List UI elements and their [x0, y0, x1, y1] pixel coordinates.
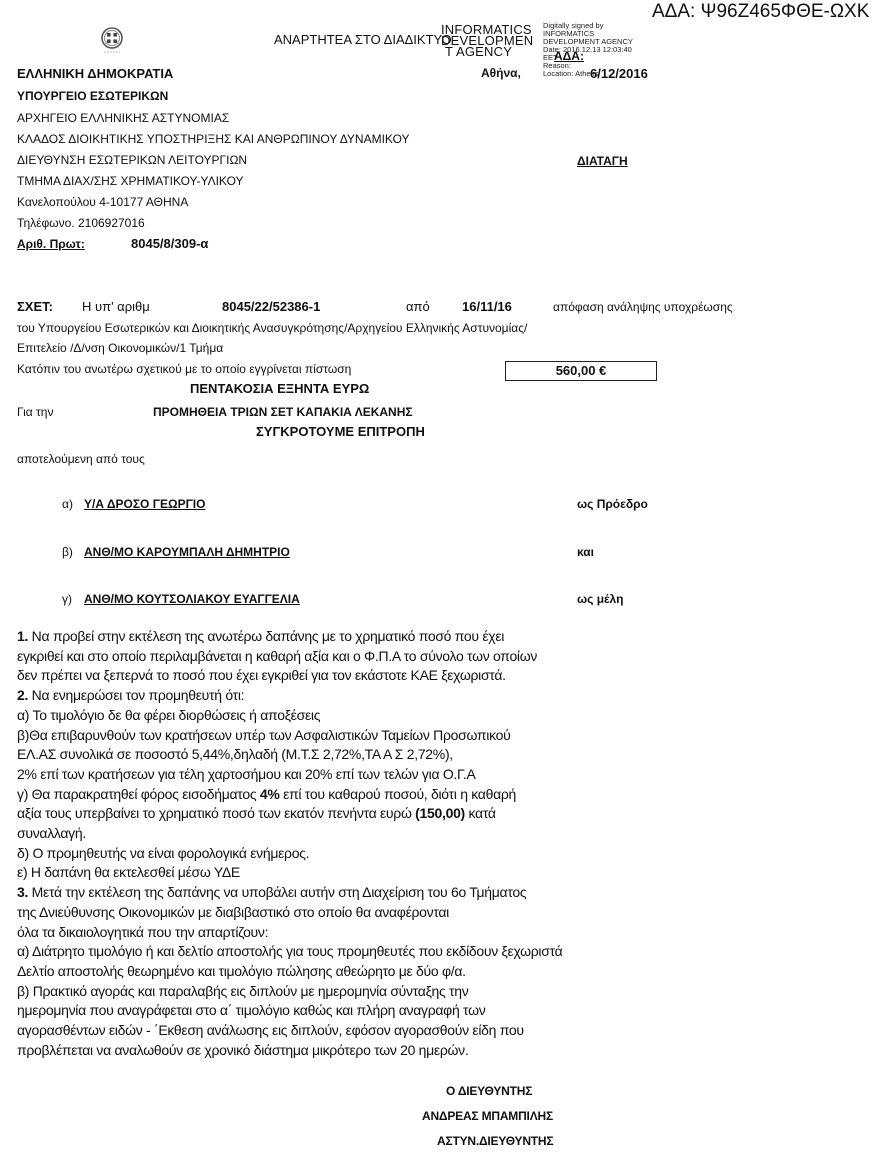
paragraph-3-line: της Δνιεύθυνσης Οικονομικών με διαβιβαστ… [17, 903, 562, 923]
paragraph-text: Να ενημερώσει τον προμηθευτή ότι: [28, 687, 244, 703]
tax-rate: 4% [260, 786, 280, 802]
paragraph-text: Μετά την εκτέλεση της δαπάνης να υποβάλε… [28, 884, 526, 900]
header-line: ΔΙΕΥΘΥΝΣΗ ΕΣΩΤΕΡΙΚΩΝ ΛΕΙΤΟΥΡΓΙΩΝ [17, 153, 247, 167]
paragraph-3-line: ημερομηνία που αναγράφεται στο α΄ τιμολό… [17, 1001, 562, 1021]
post-notice: ΑΝΑΡΤΗΤΕΑ ΣΤΟ ΔΙΑΔΙΚΤΥΟ [274, 32, 452, 47]
signoff-name: ΑΝΔΡΕΑΣ ΜΠΑΜΠΙΛΗΣ [422, 1109, 553, 1123]
paragraph-2-line: ΕΛ.ΑΣ συνολικά σε ποσοστό 5,44%,δηλαδή (… [17, 745, 562, 765]
paragraph-2-line: αξία τους υπερβαίνει το χρηματικό ποσό τ… [17, 804, 562, 824]
paragraph-3-line: προβλέπεται να αναλωθούν σε χρονικό διάσ… [17, 1041, 562, 1061]
amount-box: 560,00 € [505, 361, 657, 381]
member-letter: α) [62, 497, 73, 511]
place: Αθήνα, [481, 66, 521, 80]
paragraph-1-line: 1. Να προβεί στην εκτέλεση της ανωτέρω δ… [17, 627, 562, 647]
reference-label: ΣΧΕΤ: [17, 299, 53, 314]
purpose-label: Για την [17, 405, 53, 419]
committee-heading: ΣΥΓΚΡΟΤΟΥΜΕ ΕΠΙΤΡΟΠΗ [256, 424, 425, 439]
protocol-number: 8045/8/309-α [131, 236, 208, 251]
body-section: 1. Να προβεί στην εκτέλεση της ανωτέρω δ… [17, 627, 562, 1060]
reference-text: Η υπ' αριθμ [82, 299, 150, 314]
text: γ) Θα παρακρατηθεί φόρος εισοδήματος [17, 786, 260, 802]
paragraph-3-line: Δελτίο αποστολής θεωρημένο και τιμολόγιο… [17, 962, 562, 982]
paragraph-3-line: 3. Μετά την εκτέλεση της δαπάνης να υποβ… [17, 883, 562, 903]
paragraph-2-line: ε) Η δαπάνη θα εκτελεσθεί μέσω ΥΔΕ [17, 863, 562, 883]
document-type: ΔΙΑΤΑΓΗ [577, 154, 628, 168]
paragraph-3-line: α) Διάτρητο τιμολόγιο ή και δελτίο αποστ… [17, 942, 562, 962]
reference-from: από [406, 299, 430, 314]
reference-text: απόφαση ανάληψης υποχρέωσης [553, 300, 733, 314]
member-name: ΑΝΘ/ΜΟ ΚΑΡΟΥΜΠΑΛΗ ΔΗΜΗΤΡΙΟ [84, 545, 290, 559]
signoff-title: Ο ΔΙΕΥΘΥΝΤΗΣ [446, 1084, 532, 1098]
signature-signer: INFORMATICS DEVELOPMEN T AGENCY [441, 24, 533, 57]
committee-intro: αποτελούμενη από τους [17, 452, 145, 466]
paragraph-2-head: 2. Να ενημερώσει τον προμηθευτή ότι: [17, 686, 562, 706]
header-line: Τηλέφωνο. 2106927016 [17, 216, 145, 230]
paragraph-number: 1. [17, 628, 28, 644]
member-role: ως Πρόεδρο [577, 497, 648, 511]
greek-coat-of-arms-icon [98, 26, 126, 59]
paragraph-1-line: εγκριθεί και στο οποίο περιλαμβάνεται η … [17, 647, 562, 667]
text: επί του καθαρού ποσού, διότι η καθαρή [280, 786, 517, 802]
member-name: Υ/Α ΔΡΟΣΟ ΓΕΩΡΓΙΟ [84, 497, 205, 511]
header-line: ΚΛΑΔΟΣ ΔΙΟΙΚΗΤΙΚΗΣ ΥΠΟΣΤΗΡΙΞΗΣ ΚΑΙ ΑΝΘΡΩ… [17, 132, 410, 146]
paragraph-1-line: δεν πρέπει να ξεπερνά το ποσό που έχει ε… [17, 666, 562, 686]
reference-line: Επιτελείο /Δ/νση Οικονομικών/1 Τμήμα [17, 341, 223, 355]
paragraph-number: 3. [17, 884, 28, 900]
amount-in-words: ΠΕΝΤΑΚΟΣΙΑ ΕΞΗΝΤΑ ΕΥΡΩ [190, 381, 369, 396]
paragraph-3-line: β) Πρακτικό αγοράς και παραλαβής εις διπ… [17, 982, 562, 1002]
paragraph-2-line: 2% επί των κρατήσεων για τέλη χαρτοσήμου… [17, 765, 562, 785]
ada-label: ΑΔΑ: [554, 49, 584, 63]
reference-line: του Υπουργείου Εσωτερικών και Διοικητική… [17, 321, 527, 335]
ada-code: ΑΔΑ: Ψ96Ζ465ΦΘΕ-ΩΧΚ [652, 1, 869, 23]
document-date: 6/12/2016 [590, 66, 648, 81]
reference-date: 16/11/16 [462, 299, 512, 314]
paragraph-3-line: αγορασθέντων ειδών - ΄Εκθεση ανάλωσης ει… [17, 1021, 562, 1041]
header-line: Κανελοπούλου 4-10177 ΑΘΗΝΑ [17, 195, 188, 209]
member-role: ως μέλη [577, 592, 623, 606]
reference-number: 8045/22/52386-1 [222, 299, 320, 314]
text: αξία τους υπερβαίνει το χρηματικό ποσό τ… [17, 805, 415, 821]
signoff-rank: ΑΣΤΥΝ.ΔΙΕΥΘΥΝΤΗΣ [437, 1134, 553, 1148]
threshold-amount: (150,00) [415, 805, 465, 821]
paragraph-2-line: συναλλαγή. [17, 824, 562, 844]
paragraph-2-line: γ) Θα παρακρατηθεί φόρος εισοδήματος 4% … [17, 785, 562, 805]
member-role: και [577, 545, 594, 559]
paragraph-2-line: δ) Ο προμηθευτής να είναι φορολογικά ενή… [17, 844, 562, 864]
purpose-text: ΠΡΟΜΗΘΕΙΑ ΤΡΙΩΝ ΣΕΤ ΚΑΠΑΚΙΑ ΛΕΚΑΝΗΣ [153, 405, 413, 419]
protocol-label: Αριθ. Πρωτ: [17, 237, 85, 251]
member-letter: β) [62, 545, 73, 559]
text: κατά [465, 805, 496, 821]
reference-line: Κατόπιν του ανωτέρω σχετικού με το οποίο… [17, 362, 351, 376]
member-name: ΑΝΘ/ΜΟ ΚΟΥΤΣΟΛΙΑΚΟΥ ΕΥΑΓΓΕΛΙΑ [84, 592, 300, 606]
header-line: ΤΜΗΜΑ ΔΙΑΧ/ΣΗΣ ΧΡΗΜΑΤΙΚΟΥ-ΥΛΙΚΟΥ [17, 174, 244, 188]
paragraph-number: 2. [17, 687, 28, 703]
ministry-heading: ΥΠΟΥΡΓΕΙΟ ΕΣΩΤΕΡΙΚΩΝ [17, 89, 168, 103]
member-letter: γ) [62, 592, 72, 606]
paragraph-2-line: β)Θα επιβαρυνθούν των κρατήσεων υπέρ των… [17, 726, 562, 746]
header-line: ΑΡΧΗΓΕΙΟ ΕΛΛΗΝΙΚΗΣ ΑΣΤΥΝΟΜΙΑΣ [17, 111, 229, 125]
paragraph-2-line: α) Το τιμολόγιο δε θα φέρει διορθώσεις ή… [17, 706, 562, 726]
country-heading: ΕΛΛΗΝΙΚΗ ΔΗΜΟΚΡΑΤΙΑ [17, 66, 173, 81]
paragraph-text: Να προβεί στην εκτέλεση της ανωτέρω δαπά… [28, 628, 504, 644]
paragraph-3-line: όλα τα δικαιολογητικά που την απαρτίζουν… [17, 923, 562, 943]
